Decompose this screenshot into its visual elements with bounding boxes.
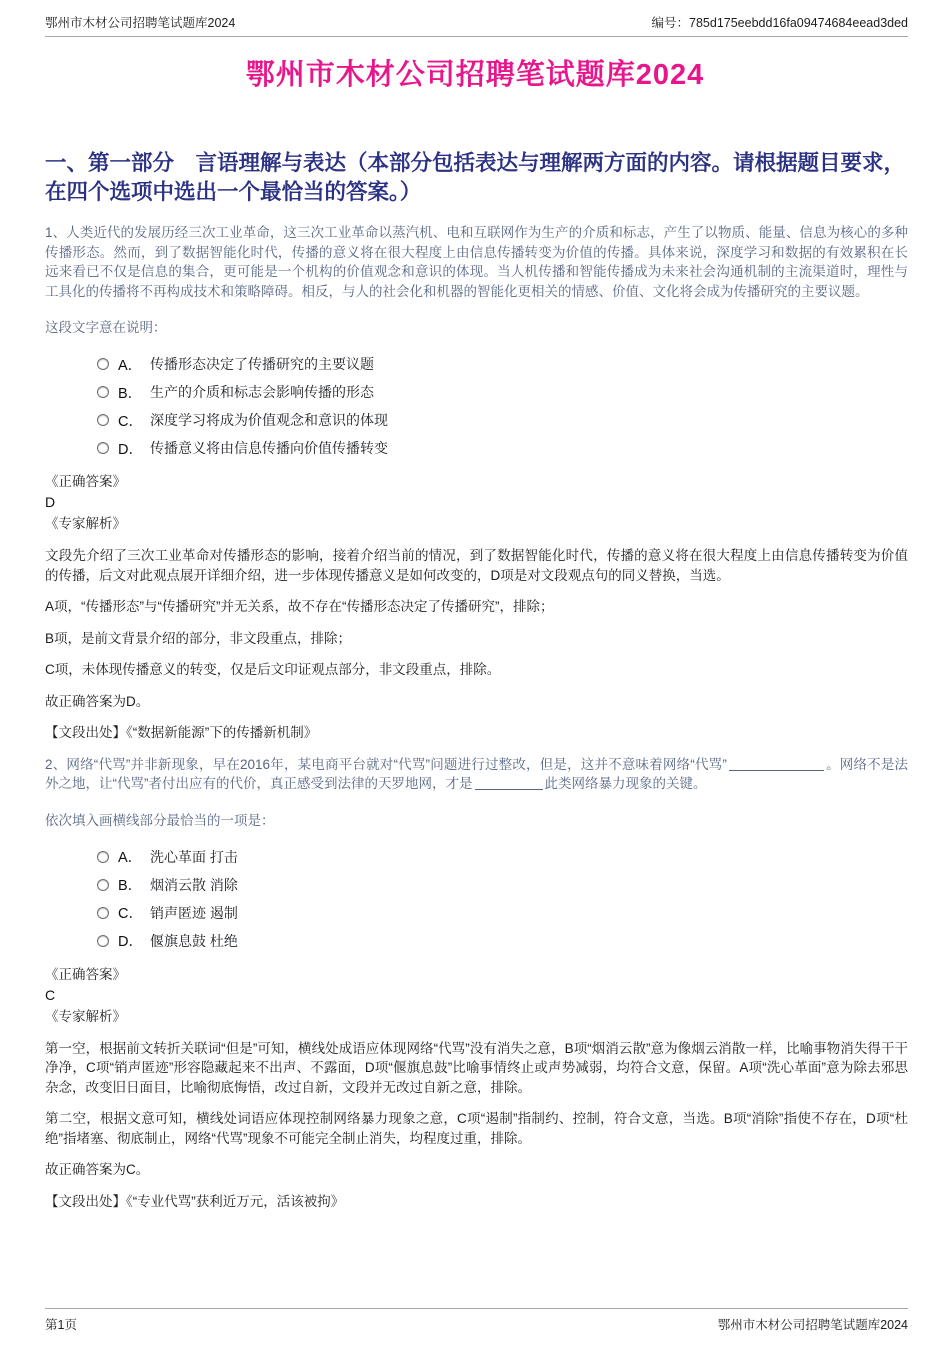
radio-button-unchecked-icon[interactable] [97, 414, 109, 426]
option-row-a[interactable]: A． 传播形态决定了传播研究的主要议题 [97, 350, 950, 378]
document-title: 鄂州市木材公司招聘笔试题库2024 [0, 52, 950, 93]
option-row-d[interactable]: D． 传播意义将由信息传播向价值传播转变 [97, 434, 950, 462]
radio-button-unchecked-icon[interactable] [97, 935, 109, 947]
option-row-d[interactable]: D． 偃旗息鼓 杜绝 [97, 927, 950, 955]
option-letter: A． [118, 846, 150, 867]
page-footer: 第1页 鄂州市木材公司招聘笔试题库2024 [45, 1308, 908, 1333]
expert-analysis-label: 《专家解析》 [45, 514, 905, 534]
analysis-paragraph: 第二空，根据文意可知，横线处词语应体现控制网络暴力现象之意，C项“遏制”指制约、… [45, 1109, 908, 1148]
question-1-stem: 1、人类近代的发展历经三次工业革命，这三次工业革命以蒸汽机、电和互联网作为生产的… [45, 223, 908, 301]
question-2-options: A． 洗心革面 打击 B． 烟消云散 消除 C． 销声匿迹 遏制 D． 偃旗息鼓… [97, 843, 950, 955]
option-letter: B． [118, 874, 150, 895]
option-row-b[interactable]: B． 生产的介质和标志会影响传播的形态 [97, 378, 950, 406]
question-2-answer-block: 《正确答案》 C 《专家解析》 [45, 965, 905, 1027]
footer-doc-title: 鄂州市木材公司招聘笔试题库2024 [718, 1315, 908, 1333]
radio-button-unchecked-icon[interactable] [97, 907, 109, 919]
blank-underline [729, 758, 824, 771]
analysis-paragraph: C项，未体现传播意义的转变，仅是后文印证观点部分，非文段重点，排除。 [45, 660, 908, 680]
analysis-conclusion: 故正确答案为C。 [45, 1160, 908, 1180]
analysis-conclusion: 故正确答案为D。 [45, 692, 908, 712]
correct-answer-value: C [45, 985, 905, 1005]
option-letter: A． [118, 354, 150, 375]
option-row-a[interactable]: A． 洗心革面 打击 [97, 843, 950, 871]
option-text: 传播意义将由信息传播向价值传播转变 [150, 438, 388, 458]
expert-analysis-label: 《专家解析》 [45, 1007, 905, 1027]
option-text: 烟消云散 消除 [150, 875, 238, 895]
radio-button-unchecked-icon[interactable] [97, 851, 109, 863]
page-header: 鄂州市木材公司招聘笔试题库2024 编号：785d175eebdd16fa094… [45, 0, 908, 37]
correct-answer-label: 《正确答案》 [45, 472, 905, 492]
correct-answer-value: D [45, 492, 905, 512]
option-letter: D． [118, 930, 150, 951]
question-2-prompt: 依次填入画横线部分最恰当的一项是： [45, 811, 905, 830]
question-1-answer-block: 《正确答案》 D 《专家解析》 [45, 472, 905, 534]
option-letter: C． [118, 410, 150, 431]
blank-underline [475, 777, 543, 790]
analysis-paragraph: 文段先介绍了三次工业革命对传播形态的影响，接着介绍当前的情况，到了数据智能化时代… [45, 546, 908, 585]
source-line: 【文段出处】《“数据新能源”下的传播新机制》 [45, 723, 908, 743]
header-doc-id: 编号：785d175eebdd16fa09474684eead3ded [652, 13, 908, 31]
analysis-paragraph: A项，“传播形态”与“传播研究”并无关系，故不存在“传播形态决定了传播研究”，排… [45, 597, 908, 617]
question-1-options: A． 传播形态决定了传播研究的主要议题 B． 生产的介质和标志会影响传播的形态 … [97, 350, 950, 462]
option-text: 洗心革面 打击 [150, 847, 238, 867]
radio-button-unchecked-icon[interactable] [97, 386, 109, 398]
radio-button-unchecked-icon[interactable] [97, 879, 109, 891]
analysis-paragraph: B项，是前文背景介绍的部分，非文段重点，排除； [45, 629, 908, 649]
header-doc-title: 鄂州市木材公司招聘笔试题库2024 [45, 13, 235, 31]
analysis-paragraph: 第一空，根据前文转折关联词“但是”可知，横线处成语应体现网络“代骂”没有消失之意… [45, 1039, 908, 1098]
document-page: 鄂州市木材公司招聘笔试题库2024 编号：785d175eebdd16fa094… [0, 0, 950, 1345]
option-letter: D． [118, 438, 150, 459]
question-1-prompt: 这段文字意在说明： [45, 318, 905, 337]
option-text: 生产的介质和标志会影响传播的形态 [150, 382, 374, 402]
option-text: 销声匿迹 遏制 [150, 903, 238, 923]
source-line: 【文段出处】《“专业代骂”获利近万元，活该被拘》 [45, 1192, 908, 1212]
question-2-stem: 2、网络“代骂”并非新现象，早在2016年，某电商平台就对“代骂”问题进行过整改… [45, 755, 908, 794]
radio-button-unchecked-icon[interactable] [97, 358, 109, 370]
option-letter: C． [118, 902, 150, 923]
option-row-c[interactable]: C． 销声匿迹 遏制 [97, 899, 950, 927]
option-text: 偃旗息鼓 杜绝 [150, 931, 238, 951]
correct-answer-label: 《正确答案》 [45, 965, 905, 985]
page-number: 第1页 [45, 1315, 77, 1333]
option-row-b[interactable]: B． 烟消云散 消除 [97, 871, 950, 899]
option-text: 深度学习将成为价值观念和意识的体现 [150, 410, 388, 430]
option-text: 传播形态决定了传播研究的主要议题 [150, 354, 374, 374]
option-letter: B． [118, 382, 150, 403]
radio-button-unchecked-icon[interactable] [97, 442, 109, 454]
option-row-c[interactable]: C． 深度学习将成为价值观念和意识的体现 [97, 406, 950, 434]
section-heading: 一、第一部分 言语理解与表达（本部分包括表达与理解两方面的内容。请根据题目要求，… [45, 149, 905, 207]
